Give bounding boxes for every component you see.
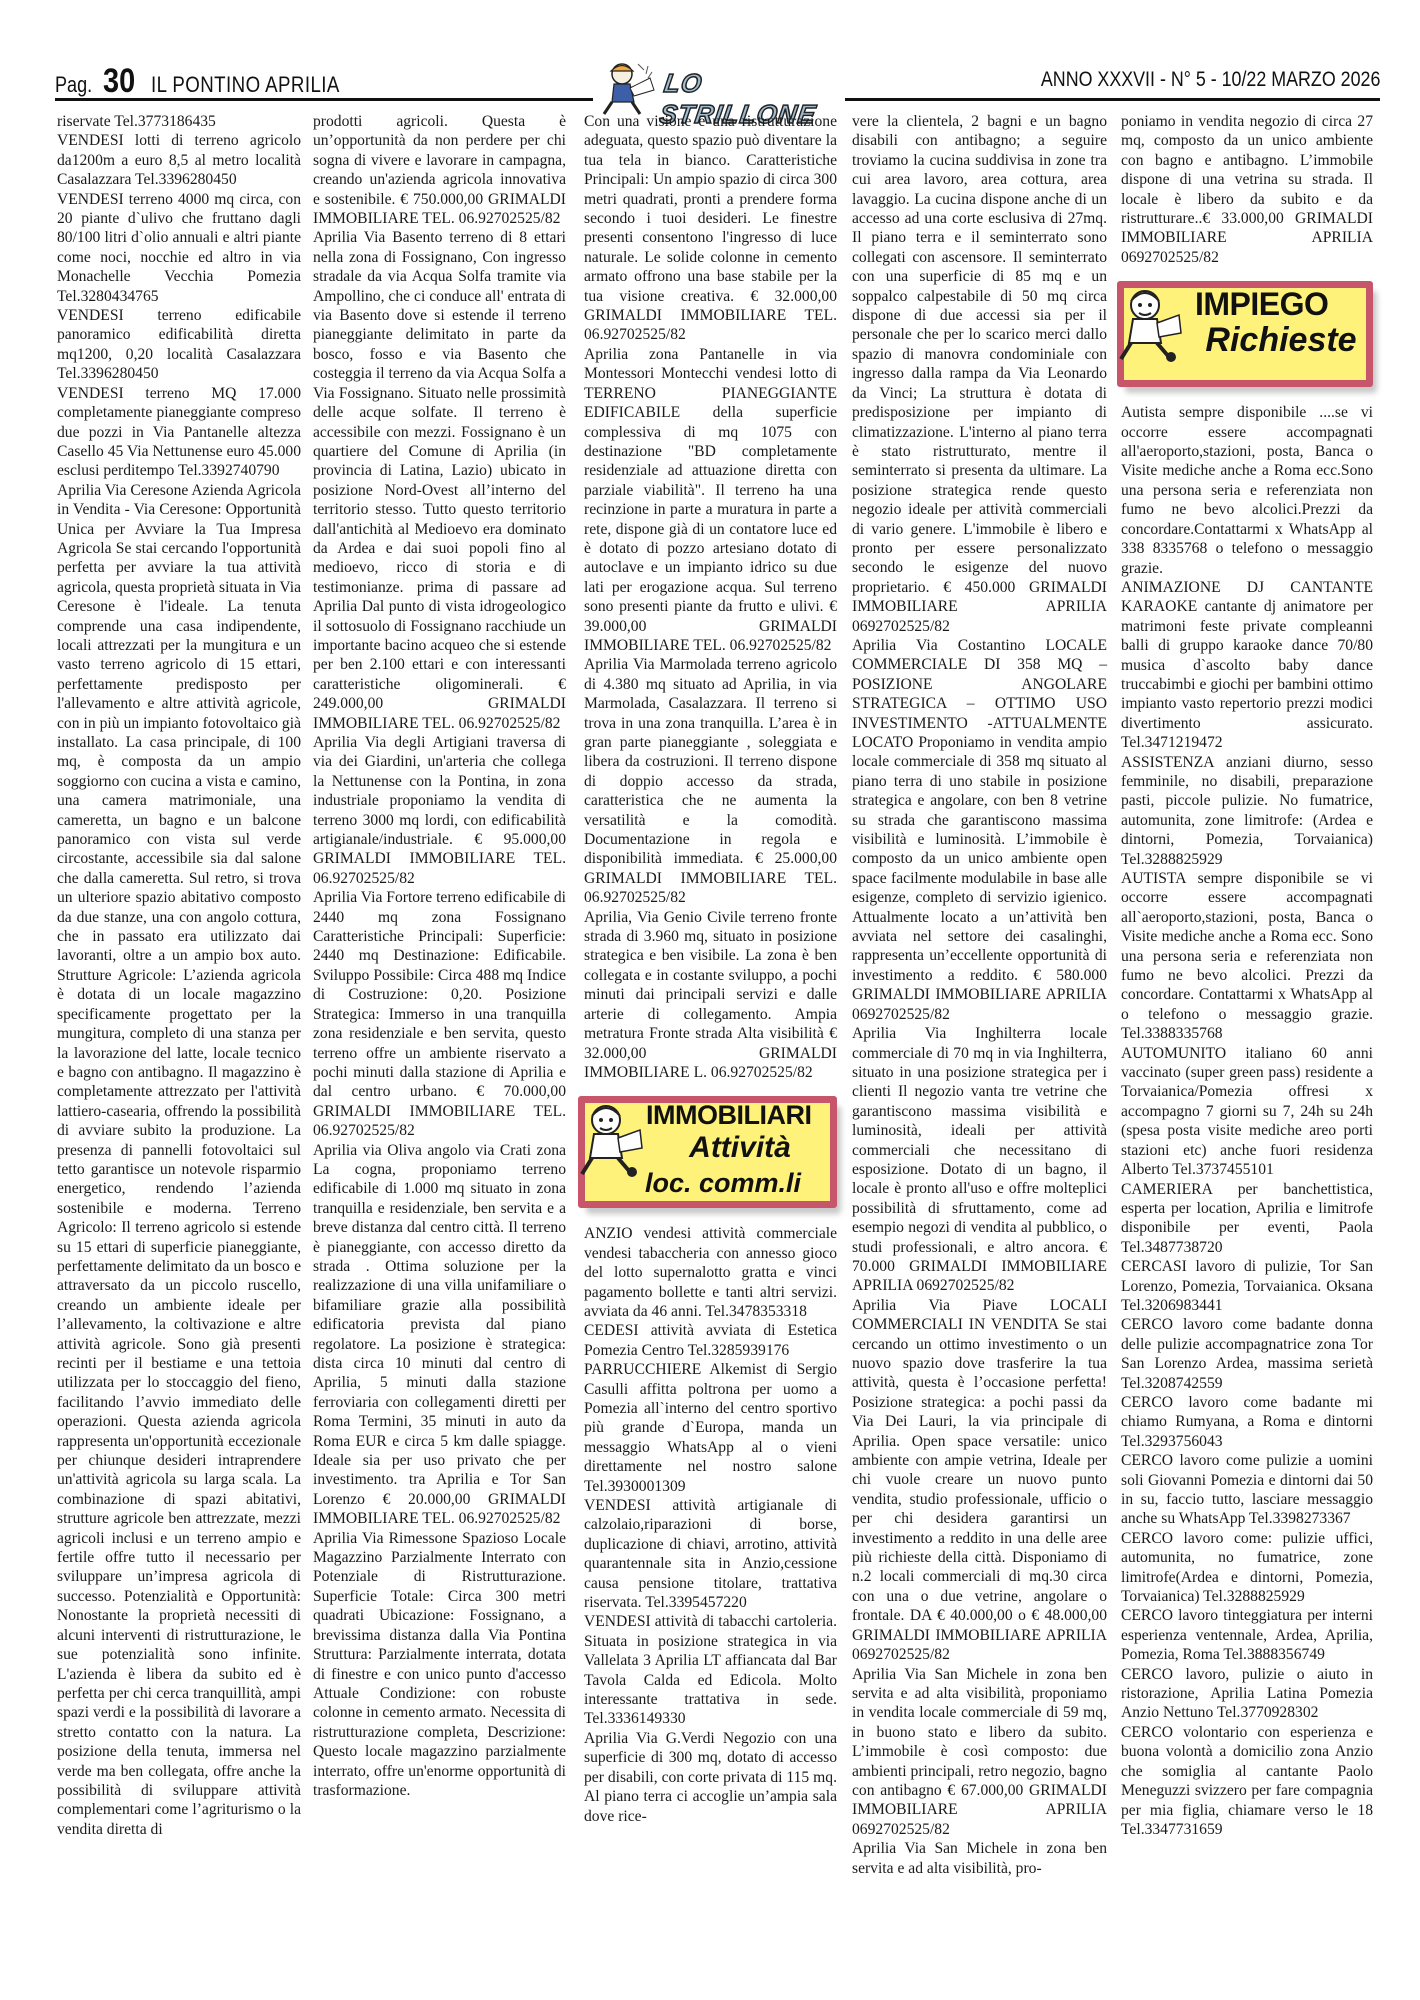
- banner-subtitle: Attività: [650, 1138, 830, 1157]
- classified-ad: ANZIO vendesi attività commerciale vende…: [584, 1224, 837, 1321]
- classified-ad: CAMERIERA per banchettistica, esperta pe…: [1121, 1180, 1373, 1258]
- classified-ad: CERCO lavoro come badante mi chiamo Rumy…: [1121, 1393, 1373, 1451]
- classified-ad: Aprilia Via Piave LOCALI COMMERCIALI IN …: [852, 1296, 1107, 1665]
- classified-ad: AUTOMUNITO italiano 60 anni vaccinato (s…: [1121, 1044, 1373, 1180]
- classified-ad: AUTISTA sempre disponibile se vi occorre…: [1121, 869, 1373, 1044]
- classified-ad: ANIMAZIONE DJ CANTANTE KARAOKE cantante …: [1121, 578, 1373, 753]
- issue-info: ANNO XXXVII - N° 5 - 10/22 MARZO 2026: [1041, 68, 1380, 92]
- classified-ad: CERCO lavoro, pulizie o aiuto in ristora…: [1121, 1665, 1373, 1723]
- column-2: prodotti agricoli. Questa è un’opportuni…: [313, 112, 566, 1800]
- classified-ad: VENDESI attività di tabacchi cartoleria.…: [584, 1612, 837, 1728]
- classified-ad: Aprilia Via Basento terreno di 8 ettari …: [313, 228, 566, 733]
- classified-ad: Aprilia, Via Genio Civile terreno fronte…: [584, 908, 837, 1083]
- column-3: Con una visione e una ristrutturazione a…: [584, 112, 837, 1826]
- column-5: poniamo in vendita negozio di circa 27 m…: [1121, 112, 1373, 1839]
- classified-ad: VENDESI lotti di terreno agricolo da1200…: [57, 131, 301, 189]
- classified-ad: Aprilia Via G.Verdi Negozio con una supe…: [584, 1729, 837, 1826]
- banner-subtitle: Richieste: [1181, 331, 1381, 350]
- classified-ad: ASSISTENZA anziani diurno, sesso femmini…: [1121, 753, 1373, 869]
- classified-ad: Aprilia Via Marmolada terreno agricolo d…: [584, 655, 837, 907]
- classified-ad: Aprilia Via Inghilterra locale commercia…: [852, 1024, 1107, 1296]
- banner-subtitle-2: loc. comm.li: [608, 1174, 838, 1193]
- classified-ad: CERCO lavoro come badante donna delle pu…: [1121, 1315, 1373, 1393]
- page-label: Pag.: [55, 72, 91, 98]
- classified-ad: CERCO lavoro come: pulizie uffici, autom…: [1121, 1529, 1373, 1607]
- column-1: riservate Tel.3773186435 VENDESI lotti d…: [57, 112, 301, 1839]
- banner-title: IMMOBILIARI: [646, 1106, 811, 1125]
- classified-ad: CERCO lavoro come pulizie a uomini soli …: [1121, 1451, 1373, 1529]
- newsboy-mascot-icon: [574, 1098, 644, 1180]
- classified-ad: Aprilia Via Rimessone Spazioso Locale Ma…: [313, 1529, 566, 1801]
- lo-strillone-logo: LO STRILLONE: [590, 58, 830, 118]
- classified-ad: prodotti agricoli. Questa è un’opportuni…: [313, 112, 566, 228]
- classified-ad: PARRUCCHIERE Alkemist di Sergio Casulli …: [584, 1360, 837, 1496]
- classified-ad: VENDESI attività artigianale di calzolai…: [584, 1496, 837, 1612]
- classified-ad: CERCO volontario con esperienza e buona …: [1121, 1723, 1373, 1839]
- section-banner-immobiliari: IMMOBILIARI Attività loc. comm.li: [578, 1096, 837, 1208]
- classified-ad: Con una visione e una ristrutturazione a…: [584, 112, 837, 345]
- classified-ad: CEDESI attività avviata di Estetica Pome…: [584, 1321, 837, 1360]
- classified-ad: Aprilia Via Ceresone Azienda Agricola in…: [57, 481, 301, 1839]
- banner-title: IMPIEGO: [1195, 295, 1328, 314]
- classified-ad: CERCO lavoro tinteggiatura per interni e…: [1121, 1606, 1373, 1664]
- classified-ad: Aprilia Via San Michele in zona ben serv…: [852, 1665, 1107, 1840]
- classified-ad: poniamo in vendita negozio di circa 27 m…: [1121, 112, 1373, 267]
- header-rule-left: [55, 98, 593, 101]
- newsboy-mascot-icon: [1113, 283, 1183, 365]
- header-left: Pag. 30 IL PONTINO APRILIA: [55, 62, 373, 96]
- classified-ad: Aprilia Via Fortore terreno edificabile …: [313, 888, 566, 1140]
- publication-name: IL PONTINO APRILIA: [151, 72, 340, 98]
- classified-ad: VENDESI terreno MQ 17.000 completamente …: [57, 384, 301, 481]
- section-banner-impiego: IMPIEGO Richieste: [1117, 281, 1373, 387]
- classified-ad: Aprilia zona Pantanelle in via Montessor…: [584, 345, 837, 656]
- page-number: 30: [103, 62, 137, 101]
- classified-ad: Aprilia Via Costantino LOCALE COMMERCIAL…: [852, 636, 1107, 1024]
- header-rule-right: [845, 98, 1380, 101]
- classified-ad: Autista sempre disponibile ....se vi occ…: [1121, 403, 1373, 578]
- classified-ad: VENDESI terreno 4000 mq circa, con 20 pi…: [57, 190, 301, 306]
- classified-ad: Aprilia Via San Michele in zona ben serv…: [852, 1839, 1107, 1878]
- classified-ad: vere la clientela, 2 bagni e un bagno di…: [852, 112, 1107, 636]
- classified-ad: Aprilia Via degli Artigiani traversa di …: [313, 733, 566, 888]
- classified-ad: CERCASI lavoro di pulizie, Tor San Loren…: [1121, 1257, 1373, 1315]
- newsboy-mascot-icon: [594, 60, 658, 116]
- classified-ad: VENDESI terreno edificabile panoramico e…: [57, 306, 301, 384]
- column-4: vere la clientela, 2 bagni e un bagno di…: [852, 112, 1107, 1878]
- classified-ad: Aprilia via Oliva angolo via Crati zona …: [313, 1141, 566, 1529]
- classified-ad: riservate Tel.3773186435: [57, 112, 301, 131]
